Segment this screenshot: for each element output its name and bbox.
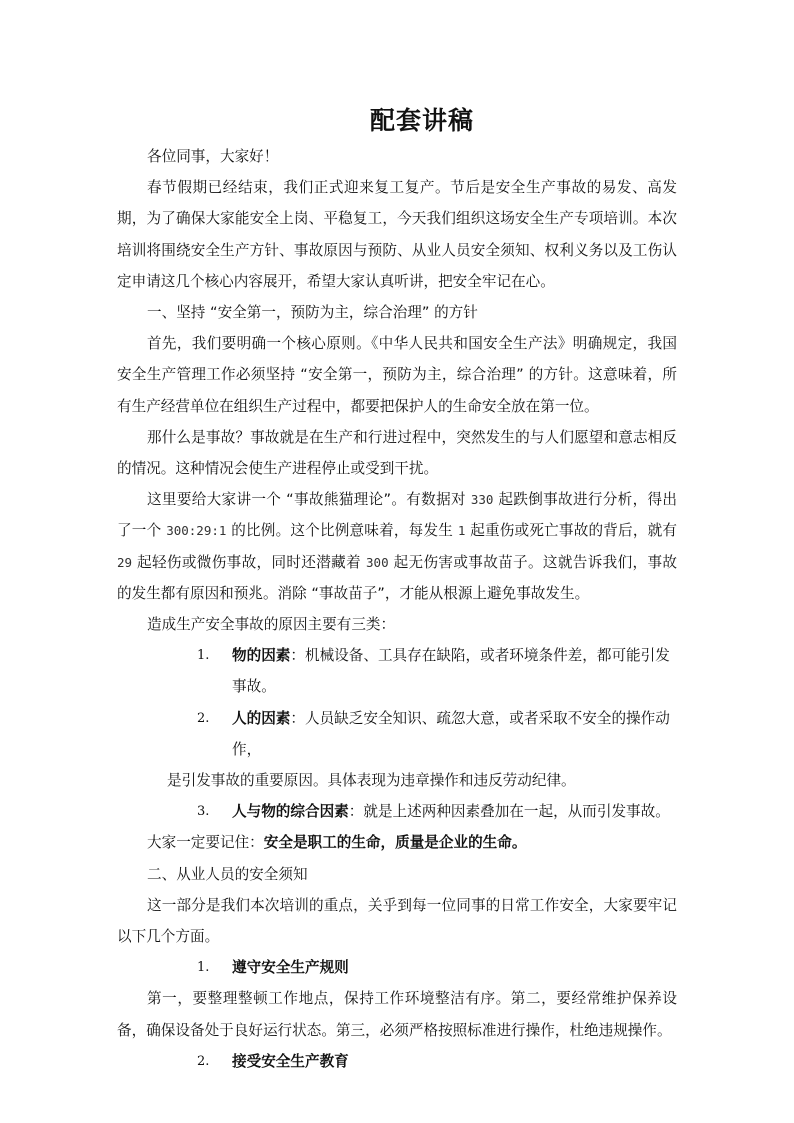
list-number: 3.: [197, 796, 209, 827]
list-number: 1.: [197, 952, 209, 983]
cause-item-2: 2.人的因素：人员缺乏安全知识、疏忽大意，或者采取不安全的操作动作，: [117, 703, 677, 765]
cause-text: ：就是上述两种因素叠加在一起，从而引发事故。: [349, 803, 670, 820]
document-body: 各位同事，大家好！ 春节假期已经结束，我们正式迎来复工复产。节后是安全生产事故的…: [117, 141, 677, 1077]
ratio: 300:29:1: [166, 523, 226, 538]
number: 330: [471, 492, 494, 507]
remember-text: 安全是职工的生命，质量是企业的生命。: [264, 834, 527, 851]
cause-label: 人与物的综合因素: [232, 803, 349, 820]
cause-label: 物的因素: [232, 647, 290, 664]
list-number: 2.: [197, 703, 209, 734]
section-1-paragraph-1: 首先，我们要明确一个核心原则。《中华人民共和国安全生产法》明确规定，我国安全生产…: [117, 328, 677, 422]
remember-line: 大家一定要记住：安全是职工的生命，质量是企业的生命。: [117, 827, 677, 858]
list-number: 1.: [197, 640, 209, 671]
number: 300: [366, 555, 389, 570]
section-1-heading: 一、坚持 “安全第一，预防为主，综合治理” 的方针: [117, 297, 677, 328]
list-number: 2.: [197, 1046, 209, 1077]
intro-paragraph: 春节假期已经结束，我们正式迎来复工复产。节后是安全生产事故的易发、高发期，为了确…: [117, 172, 677, 297]
section-2-paragraph-1: 这一部分是我们本次培训的重点，关乎到每一位同事的日常工作安全，大家要牢记以下几个…: [117, 890, 677, 952]
text: 起轻伤或微伤事故，同时还潜藏着: [132, 554, 366, 571]
section-1-paragraph-3: 这里要给大家讲一个 “事故熊猫理论”。有数据对 330 起跌倒事故进行分析，得出…: [117, 484, 677, 609]
text: 起重伤或死亡事故的背后，就有: [465, 522, 677, 539]
rule-label: 遵守安全生产规则: [232, 959, 349, 976]
rule-item-2: 2.接受安全生产教育: [117, 1046, 677, 1077]
cause-text: ：机械设备、工具存在缺陷，或者环境条件差，都可能引发事故。: [232, 647, 670, 695]
remember-prefix: 大家一定要记住：: [147, 834, 264, 851]
cause-item-2-continuation: 是引发事故的重要原因。具体表现为违章操作和违反劳动纪律。: [117, 765, 677, 796]
rule-item-1-text: 第一，要整理整顿工作地点，保持工作环境整洁有序。第二，要经常维护保养设备，确保设…: [117, 983, 677, 1045]
section-1-paragraph-4: 造成生产安全事故的原因主要有三类：: [117, 609, 677, 640]
number: 29: [117, 555, 132, 570]
text: 这里要给大家讲一个 “事故熊猫理论”。有数据对: [147, 491, 471, 508]
text: 的比例。这个比例意味着，每发生: [226, 522, 457, 539]
rule-label: 接受安全生产教育: [232, 1053, 349, 1070]
section-2-heading: 二、从业人员的安全须知: [117, 859, 677, 890]
document-page: 配套讲稿 各位同事，大家好！ 春节假期已经结束，我们正式迎来复工复产。节后是安全…: [0, 0, 794, 1123]
cause-label: 人的因素: [232, 710, 290, 727]
cause-item-1: 1.物的因素：机械设备、工具存在缺陷，或者环境条件差，都可能引发事故。: [117, 640, 677, 702]
rule-item-1: 1.遵守安全生产规则: [117, 952, 677, 983]
section-1-paragraph-2: 那什么是事故？事故就是在生产和行进过程中，突然发生的与人们愿望和意志相反的情况。…: [117, 422, 677, 484]
cause-text: ：人员缺乏安全知识、疏忽大意，或者采取不安全的操作动作，: [232, 710, 670, 758]
greeting: 各位同事，大家好！: [117, 141, 677, 172]
cause-item-3: 3.人与物的综合因素：就是上述两种因素叠加在一起，从而引发事故。: [117, 796, 677, 827]
page-title: 配套讲稿: [0, 101, 794, 137]
